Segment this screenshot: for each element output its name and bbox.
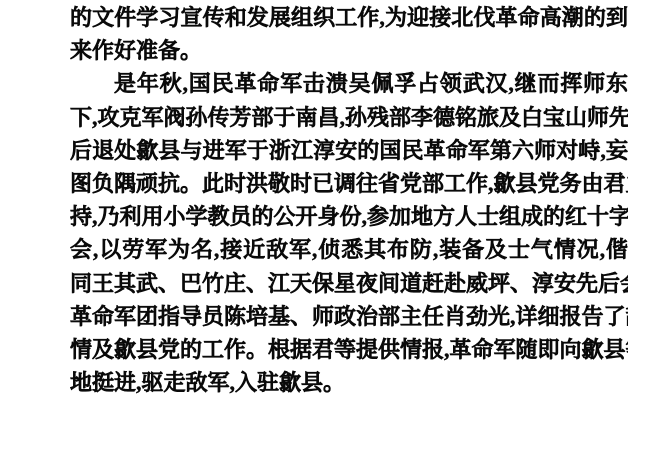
scanned-book-page: 的文件学习宣传和发展组织工作,为迎接北伐革命高潮的到 来作好准备。 是年秋,国民… <box>0 0 672 472</box>
text-line: 的文件学习宣传和发展组织工作,为迎接北伐革命高潮的到 <box>70 1 628 34</box>
text-line: 会,以劳军为名,接近敌军,侦悉其布防,装备及士气情况,偕 <box>70 233 628 266</box>
text-line: 情及歙县党的工作。根据君等提供情报,革命军随即向歙县等 <box>70 333 628 366</box>
text-line: 下,攻克军阀孙传芳部于南昌,孙残部李德铭旅及白宝山师先 <box>70 101 628 134</box>
text-line: 是年秋,国民革命军击溃吴佩孚占领武汉,继而挥师东 <box>70 67 628 100</box>
text-line: 地挺进,驱走敌军,入驻歙县。 <box>70 366 628 399</box>
body-text-block: 的文件学习宣传和发展组织工作,为迎接北伐革命高潮的到 来作好准备。 是年秋,国民… <box>70 1 628 399</box>
text-line: 持,乃利用小学教员的公开身份,参加地方人士组成的红十字 <box>70 200 628 233</box>
text-line: 来作好准备。 <box>70 34 628 67</box>
text-line: 同王其武、巴竹庄、江天保星夜间道赶赴威坪、淳安先后会见 <box>70 267 628 300</box>
text-line: 革命军团指导员陈培基、师政治部主任肖劲光,详细报告了敌 <box>70 300 628 333</box>
text-line: 后退处歙县与进军于浙江淳安的国民革命军第六师对峙,妄 <box>70 134 628 167</box>
text-line: 图负隅顽抗。此时洪敬时已调往省党部工作,歙县党务由君主 <box>70 167 628 200</box>
